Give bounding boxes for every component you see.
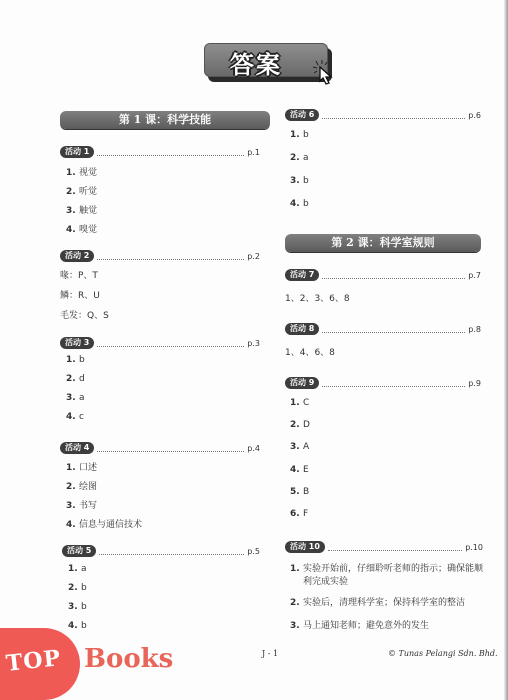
answer-item: 5.B xyxy=(290,487,309,497)
answer-item: 3.书写 xyxy=(66,498,97,511)
answer-item: 3.A xyxy=(290,442,309,452)
answer-item: 1.视觉 xyxy=(66,165,97,178)
activity-4-header: 活动 4 p.4 xyxy=(60,442,260,454)
page-ref: p.9 xyxy=(468,379,481,388)
leader-dots xyxy=(322,112,465,119)
answer-item: 6.F xyxy=(290,509,308,519)
leader-dots xyxy=(97,149,244,156)
answer-item: 2.绘图 xyxy=(66,479,97,492)
answer-item: 3.b xyxy=(290,176,309,186)
answer-item: 3.b xyxy=(68,602,87,612)
answer-line: 毛发：Q、S xyxy=(60,308,109,321)
page-ref: p.6 xyxy=(468,111,481,120)
lesson-1-banner: 第 1 课：科学技能 xyxy=(60,111,270,129)
answer-line: 1、2、3、6、8 xyxy=(285,291,350,304)
answer-item: 1.b xyxy=(66,355,85,365)
activity-badge: 活动 4 xyxy=(60,442,94,454)
answer-item: 2.a xyxy=(290,153,309,163)
answer-item: 4.信息与通信技术 xyxy=(66,517,142,530)
page-ref: p.4 xyxy=(247,444,260,453)
answer-item: 3.触觉 xyxy=(66,203,97,216)
answer-item: 1.b xyxy=(290,130,309,140)
page-title: 答案 xyxy=(230,45,282,80)
answer-item: 3.马上通知老师；避免意外的发生 xyxy=(290,620,486,633)
leader-dots xyxy=(99,548,244,555)
answer-line: 鳞：R、U xyxy=(60,288,100,301)
answer-item: 4.b xyxy=(290,199,309,209)
answer-item: 4.嗅觉 xyxy=(66,222,97,235)
activity-badge: 活动 10 xyxy=(285,541,325,553)
answer-item: 1.实验开始前，仔细聆听老师的指示；确保能顺利完成实验 xyxy=(290,563,486,589)
page-ref: p.2 xyxy=(247,252,260,261)
answer-item: 4.c xyxy=(66,412,84,422)
activity-badge: 活动 5 xyxy=(62,545,96,557)
page-ref: p.3 xyxy=(247,339,260,348)
activity-9-header: 活动 9 p.9 xyxy=(285,377,481,389)
cursor-click-icon xyxy=(312,59,338,85)
activity-badge: 活动 7 xyxy=(285,269,319,281)
answer-item: 1.a xyxy=(68,564,87,574)
activity-1-header: 活动 1 p.1 xyxy=(60,146,260,158)
answer-item: 1.C xyxy=(290,398,309,408)
page-ref: p.7 xyxy=(468,271,481,280)
activity-5-header: 活动 5 p.5 xyxy=(62,545,260,557)
answer-item: 2.b xyxy=(68,583,87,593)
answer-line: 1、4、6、8 xyxy=(285,345,335,358)
page-ref: p.5 xyxy=(247,547,260,556)
page-number: J - 1 xyxy=(262,649,278,658)
activity-badge: 活动 9 xyxy=(285,377,319,389)
copyright: © Tunas Pelangi Sdn. Bhd. xyxy=(388,649,498,658)
leader-dots xyxy=(328,544,462,551)
page-ref: p.10 xyxy=(465,543,483,552)
activity-badge: 活动 6 xyxy=(285,109,319,121)
leader-dots xyxy=(322,326,465,333)
activity-3-header: 活动 3 p.3 xyxy=(60,337,260,349)
activity-badge: 活动 3 xyxy=(60,337,94,349)
activity-6-header: 活动 6 p.6 xyxy=(285,109,481,121)
activity-8-header: 活动 8 p.8 xyxy=(285,323,481,335)
answer-item: 2.d xyxy=(66,374,85,384)
activity-badge: 活动 2 xyxy=(60,250,94,262)
answer-item: 2.听觉 xyxy=(66,184,97,197)
answer-item: 4.E xyxy=(290,465,309,475)
answer-item: 2.实验后，清理科学室；保持科学室的整洁 xyxy=(290,597,486,610)
leader-dots xyxy=(97,253,244,260)
answer-item: 3.a xyxy=(66,393,85,403)
leader-dots xyxy=(97,340,244,347)
answer-item: 4.b xyxy=(68,621,87,631)
leader-dots xyxy=(97,445,244,452)
activity-badge: 活动 1 xyxy=(60,146,94,158)
leader-dots xyxy=(322,272,465,279)
answer-title-button: 答案 xyxy=(204,43,334,83)
activity-10-header: 活动 10 p.10 xyxy=(285,541,483,553)
topbooks-logo-books: Books xyxy=(84,644,173,674)
lesson-2-banner: 第 2 课：科学室规则 xyxy=(285,234,481,252)
activity-7-header: 活动 7 p.7 xyxy=(285,269,481,281)
answer-item: 1.口述 xyxy=(66,460,97,473)
answer-item: 2.D xyxy=(290,420,310,430)
answer-line: 喙：P、T xyxy=(60,268,98,281)
activity-badge: 活动 8 xyxy=(285,323,319,335)
page-edge-shadow xyxy=(504,0,508,700)
activity-2-header: 活动 2 p.2 xyxy=(60,250,260,262)
leader-dots xyxy=(322,380,465,387)
page-ref: p.8 xyxy=(468,325,481,334)
page-ref: p.1 xyxy=(247,148,260,157)
